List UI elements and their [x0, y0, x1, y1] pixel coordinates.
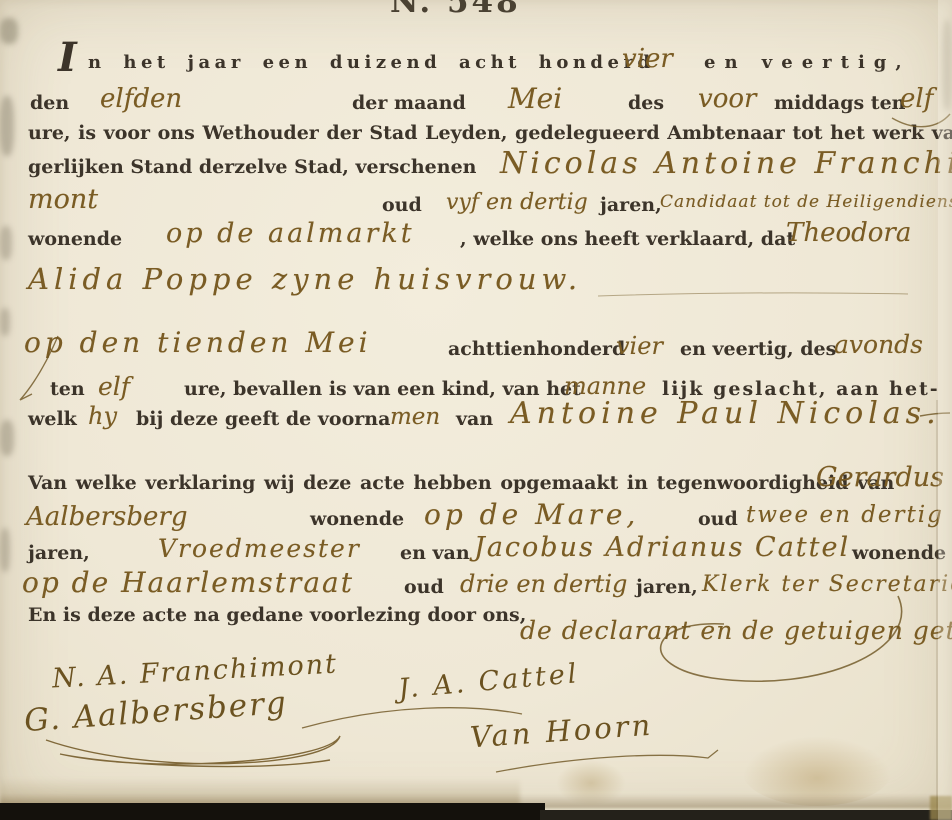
birth-record-scan: N. 548 I n het jaar een duizend acht hon… [0, 0, 952, 820]
page-edge-strip-left [0, 803, 545, 820]
scan-artifacts [0, 0, 952, 820]
right-page-edge-light [938, 0, 952, 820]
page-edge-strip-right [540, 810, 952, 820]
